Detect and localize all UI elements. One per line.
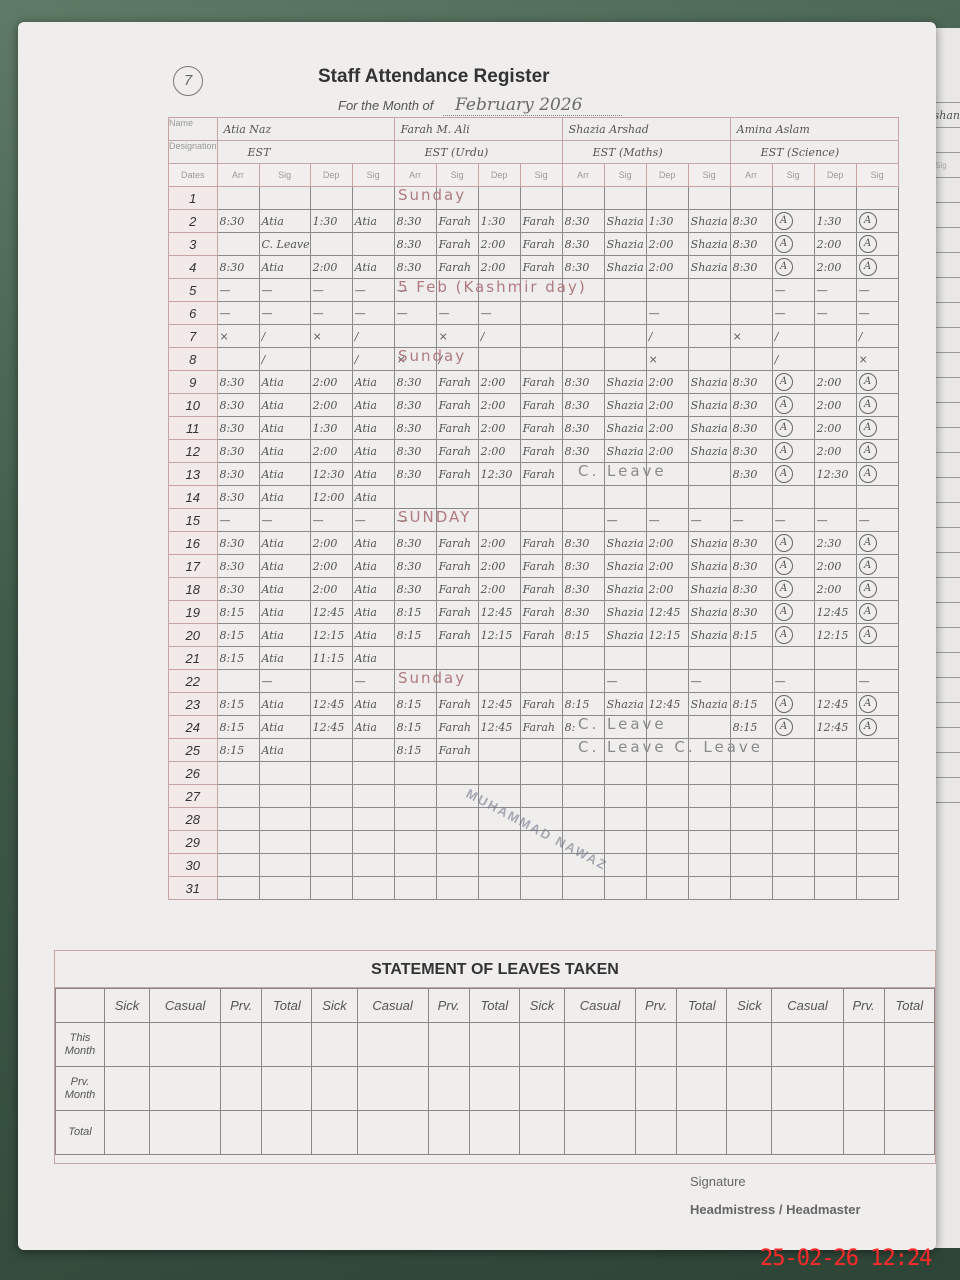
attendance-cell[interactable]: 2:00	[478, 417, 520, 440]
attendance-cell[interactable]: Shazia	[688, 555, 730, 578]
attendance-cell[interactable]: 2:00	[478, 440, 520, 463]
attendance-cell[interactable]: 8:30	[562, 555, 604, 578]
attendance-cell[interactable]: 8:30	[562, 371, 604, 394]
attendance-cell[interactable]	[856, 762, 898, 785]
attendance-cell[interactable]: 2:00	[814, 555, 856, 578]
attendance-cell[interactable]	[688, 279, 730, 302]
attendance-cell[interactable]: A	[856, 417, 898, 440]
attendance-cell[interactable]: —	[646, 302, 688, 325]
leaves-cell[interactable]	[884, 1023, 934, 1067]
attendance-cell[interactable]: Farah	[520, 578, 562, 601]
attendance-cell[interactable]	[520, 325, 562, 348]
attendance-cell[interactable]: A	[856, 555, 898, 578]
attendance-cell[interactable]: —	[436, 302, 478, 325]
attendance-cell[interactable]: Shazia	[604, 693, 646, 716]
attendance-cell[interactable]: Shazia	[688, 532, 730, 555]
attendance-cell[interactable]	[688, 302, 730, 325]
attendance-cell[interactable]	[394, 762, 436, 785]
attendance-cell[interactable]	[814, 762, 856, 785]
leaves-cell[interactable]	[565, 1067, 636, 1111]
attendance-cell[interactable]	[394, 325, 436, 348]
attendance-cell[interactable]	[352, 808, 394, 831]
attendance-cell[interactable]	[730, 647, 772, 670]
attendance-cell[interactable]: Farah	[520, 417, 562, 440]
attendance-cell[interactable]	[520, 762, 562, 785]
attendance-cell[interactable]	[814, 739, 856, 762]
attendance-cell[interactable]	[520, 877, 562, 900]
attendance-cell[interactable]: 8:30	[562, 256, 604, 279]
attendance-cell[interactable]	[814, 785, 856, 808]
attendance-cell[interactable]	[217, 762, 259, 785]
attendance-cell[interactable]	[814, 348, 856, 371]
attendance-cell[interactable]	[394, 486, 436, 509]
attendance-cell[interactable]: A	[856, 210, 898, 233]
attendance-cell[interactable]: 8:30	[217, 394, 259, 417]
attendance-cell[interactable]: 2:00	[310, 532, 352, 555]
attendance-cell[interactable]: 8:30	[562, 601, 604, 624]
attendance-cell[interactable]	[352, 831, 394, 854]
attendance-cell[interactable]	[814, 486, 856, 509]
attendance-cell[interactable]: 8:30	[562, 440, 604, 463]
attendance-cell[interactable]	[688, 463, 730, 486]
attendance-cell[interactable]: —	[352, 279, 394, 302]
attendance-cell[interactable]	[217, 670, 259, 693]
attendance-cell[interactable]: 2:00	[814, 233, 856, 256]
attendance-cell[interactable]: Farah	[520, 463, 562, 486]
attendance-cell[interactable]: Atia	[259, 693, 310, 716]
attendance-cell[interactable]	[436, 877, 478, 900]
attendance-cell[interactable]	[562, 877, 604, 900]
attendance-cell[interactable]	[730, 877, 772, 900]
attendance-cell[interactable]: 12:15	[478, 624, 520, 647]
attendance-cell[interactable]	[730, 670, 772, 693]
attendance-cell[interactable]	[730, 348, 772, 371]
attendance-cell[interactable]: 8:15	[394, 693, 436, 716]
attendance-cell[interactable]	[310, 785, 352, 808]
attendance-cell[interactable]: Shazia	[688, 440, 730, 463]
leaves-cell[interactable]	[677, 1067, 727, 1111]
attendance-cell[interactable]	[310, 877, 352, 900]
attendance-cell[interactable]: Farah	[436, 440, 478, 463]
attendance-cell[interactable]	[217, 187, 259, 210]
attendance-cell[interactable]	[814, 670, 856, 693]
attendance-cell[interactable]: 2:00	[646, 532, 688, 555]
leaves-cell[interactable]	[150, 1067, 221, 1111]
attendance-cell[interactable]	[562, 325, 604, 348]
attendance-cell[interactable]: —	[646, 509, 688, 532]
attendance-cell[interactable]: Farah	[436, 624, 478, 647]
attendance-cell[interactable]: —	[310, 279, 352, 302]
attendance-cell[interactable]: A	[772, 440, 814, 463]
attendance-cell[interactable]	[814, 877, 856, 900]
attendance-cell[interactable]	[562, 302, 604, 325]
leaves-cell[interactable]	[843, 1023, 884, 1067]
attendance-cell[interactable]	[520, 854, 562, 877]
attendance-cell[interactable]: 8:30	[217, 555, 259, 578]
attendance-cell[interactable]: A	[856, 601, 898, 624]
attendance-cell[interactable]	[814, 647, 856, 670]
attendance-cell[interactable]	[259, 762, 310, 785]
attendance-cell[interactable]	[646, 831, 688, 854]
attendance-cell[interactable]	[562, 670, 604, 693]
attendance-cell[interactable]: 8:30	[730, 210, 772, 233]
attendance-cell[interactable]: 12:45	[478, 716, 520, 739]
attendance-cell[interactable]	[814, 187, 856, 210]
attendance-cell[interactable]: Atia	[352, 210, 394, 233]
attendance-cell[interactable]: Atia	[352, 371, 394, 394]
attendance-cell[interactable]: 1:30	[478, 210, 520, 233]
attendance-cell[interactable]: A	[856, 233, 898, 256]
attendance-cell[interactable]	[217, 348, 259, 371]
attendance-cell[interactable]	[217, 233, 259, 256]
attendance-cell[interactable]: A	[772, 417, 814, 440]
attendance-cell[interactable]: Atia	[259, 601, 310, 624]
attendance-cell[interactable]: Atia	[259, 371, 310, 394]
attendance-cell[interactable]: C. Leave	[259, 233, 310, 256]
attendance-cell[interactable]	[688, 348, 730, 371]
attendance-cell[interactable]: Atia	[259, 716, 310, 739]
attendance-cell[interactable]: —	[730, 509, 772, 532]
attendance-cell[interactable]	[604, 831, 646, 854]
attendance-cell[interactable]	[856, 486, 898, 509]
attendance-cell[interactable]: —	[259, 302, 310, 325]
attendance-cell[interactable]	[646, 486, 688, 509]
attendance-cell[interactable]	[604, 187, 646, 210]
attendance-cell[interactable]: 8:30	[562, 394, 604, 417]
attendance-cell[interactable]	[352, 854, 394, 877]
attendance-cell[interactable]	[217, 808, 259, 831]
attendance-cell[interactable]: —	[604, 670, 646, 693]
attendance-cell[interactable]	[688, 831, 730, 854]
attendance-cell[interactable]: 2:00	[478, 233, 520, 256]
attendance-cell[interactable]: 2:00	[646, 417, 688, 440]
leaves-cell[interactable]	[262, 1111, 312, 1155]
attendance-cell[interactable]: 2:00	[478, 371, 520, 394]
attendance-cell[interactable]: 2:30	[814, 532, 856, 555]
leaves-cell[interactable]	[727, 1067, 772, 1111]
attendance-cell[interactable]	[436, 831, 478, 854]
attendance-cell[interactable]	[562, 348, 604, 371]
leaves-cell[interactable]	[636, 1023, 677, 1067]
leaves-cell[interactable]	[469, 1067, 519, 1111]
leaves-cell[interactable]	[150, 1023, 221, 1067]
attendance-cell[interactable]	[688, 785, 730, 808]
attendance-cell[interactable]: 1:30	[310, 417, 352, 440]
attendance-cell[interactable]	[478, 647, 520, 670]
attendance-cell[interactable]: 8:30	[217, 578, 259, 601]
attendance-cell[interactable]: 8:30	[217, 463, 259, 486]
attendance-cell[interactable]: Farah	[436, 578, 478, 601]
attendance-cell[interactable]: Atia	[259, 486, 310, 509]
attendance-cell[interactable]: 2:00	[310, 256, 352, 279]
attendance-cell[interactable]	[394, 831, 436, 854]
attendance-cell[interactable]	[259, 785, 310, 808]
attendance-cell[interactable]: 8:15	[394, 716, 436, 739]
attendance-cell[interactable]: 2:00	[310, 555, 352, 578]
attendance-cell[interactable]: 12:15	[814, 624, 856, 647]
attendance-cell[interactable]	[478, 670, 520, 693]
attendance-cell[interactable]: Farah	[520, 394, 562, 417]
attendance-cell[interactable]: —	[259, 509, 310, 532]
attendance-cell[interactable]: Farah	[520, 256, 562, 279]
attendance-cell[interactable]	[814, 808, 856, 831]
attendance-cell[interactable]	[688, 486, 730, 509]
attendance-cell[interactable]: 8:15	[730, 624, 772, 647]
attendance-cell[interactable]: 8:30	[730, 440, 772, 463]
attendance-cell[interactable]	[730, 785, 772, 808]
attendance-cell[interactable]	[604, 854, 646, 877]
attendance-cell[interactable]	[310, 187, 352, 210]
attendance-cell[interactable]	[436, 808, 478, 831]
attendance-cell[interactable]: 2:00	[646, 256, 688, 279]
leaves-cell[interactable]	[772, 1111, 843, 1155]
attendance-cell[interactable]: Atia	[352, 256, 394, 279]
attendance-cell[interactable]: 8:30	[562, 210, 604, 233]
attendance-cell[interactable]: 8:30	[394, 440, 436, 463]
attendance-cell[interactable]: —	[259, 670, 310, 693]
attendance-cell[interactable]: A	[772, 463, 814, 486]
attendance-cell[interactable]: 8:30	[562, 532, 604, 555]
attendance-cell[interactable]	[259, 831, 310, 854]
attendance-cell[interactable]	[436, 854, 478, 877]
attendance-cell[interactable]: 8:15	[730, 716, 772, 739]
attendance-cell[interactable]	[604, 877, 646, 900]
attendance-cell[interactable]: —	[814, 279, 856, 302]
attendance-cell[interactable]: —	[352, 670, 394, 693]
attendance-cell[interactable]: Farah	[436, 210, 478, 233]
attendance-cell[interactable]	[394, 854, 436, 877]
leaves-cell[interactable]	[262, 1067, 312, 1111]
attendance-cell[interactable]: 8:30	[730, 578, 772, 601]
attendance-cell[interactable]	[217, 877, 259, 900]
attendance-cell[interactable]: 8:15	[217, 716, 259, 739]
attendance-cell[interactable]: 2:00	[646, 233, 688, 256]
attendance-cell[interactable]: ×	[310, 325, 352, 348]
attendance-cell[interactable]: 8:30	[730, 371, 772, 394]
attendance-cell[interactable]: 12:15	[646, 624, 688, 647]
attendance-cell[interactable]: —	[688, 509, 730, 532]
attendance-cell[interactable]	[856, 739, 898, 762]
attendance-cell[interactable]: A	[856, 532, 898, 555]
attendance-cell[interactable]: 8:30	[394, 532, 436, 555]
attendance-cell[interactable]: Atia	[259, 210, 310, 233]
leaves-cell[interactable]	[357, 1111, 428, 1155]
attendance-cell[interactable]: /	[259, 348, 310, 371]
attendance-cell[interactable]: 8:30	[730, 394, 772, 417]
attendance-cell[interactable]: Farah	[436, 739, 478, 762]
attendance-cell[interactable]	[730, 279, 772, 302]
attendance-cell[interactable]	[217, 831, 259, 854]
attendance-cell[interactable]	[688, 762, 730, 785]
attendance-cell[interactable]: Farah	[520, 601, 562, 624]
attendance-cell[interactable]: —	[394, 302, 436, 325]
attendance-cell[interactable]: Shazia	[688, 417, 730, 440]
attendance-cell[interactable]: 12:45	[310, 601, 352, 624]
attendance-cell[interactable]: 2:00	[646, 578, 688, 601]
attendance-cell[interactable]	[394, 877, 436, 900]
attendance-cell[interactable]	[352, 877, 394, 900]
attendance-cell[interactable]: —	[856, 302, 898, 325]
attendance-cell[interactable]: 12:30	[310, 463, 352, 486]
attendance-cell[interactable]: 2:00	[478, 256, 520, 279]
leaves-cell[interactable]	[677, 1023, 727, 1067]
attendance-cell[interactable]: —	[772, 670, 814, 693]
attendance-cell[interactable]: 2:00	[310, 578, 352, 601]
attendance-cell[interactable]	[352, 739, 394, 762]
attendance-cell[interactable]: —	[814, 509, 856, 532]
attendance-cell[interactable]	[478, 187, 520, 210]
attendance-cell[interactable]: 8:30	[217, 532, 259, 555]
attendance-cell[interactable]: A	[772, 716, 814, 739]
attendance-cell[interactable]: —	[688, 670, 730, 693]
attendance-cell[interactable]: Farah	[520, 233, 562, 256]
attendance-cell[interactable]: 8:30	[394, 394, 436, 417]
attendance-cell[interactable]: Shazia	[604, 578, 646, 601]
attendance-cell[interactable]: Farah	[436, 256, 478, 279]
attendance-cell[interactable]: —	[604, 509, 646, 532]
attendance-cell[interactable]: 8:15	[730, 693, 772, 716]
attendance-cell[interactable]	[520, 739, 562, 762]
leaves-cell[interactable]	[843, 1111, 884, 1155]
attendance-cell[interactable]: 12:30	[814, 463, 856, 486]
attendance-cell[interactable]: 8:30	[394, 463, 436, 486]
attendance-cell[interactable]	[646, 279, 688, 302]
attendance-cell[interactable]: Shazia	[604, 256, 646, 279]
attendance-cell[interactable]: Farah	[436, 463, 478, 486]
attendance-cell[interactable]: 12:45	[310, 716, 352, 739]
attendance-cell[interactable]: /	[772, 325, 814, 348]
attendance-cell[interactable]: /	[856, 325, 898, 348]
attendance-cell[interactable]: Atia	[352, 716, 394, 739]
attendance-cell[interactable]: A	[856, 440, 898, 463]
attendance-cell[interactable]: A	[856, 624, 898, 647]
leaves-cell[interactable]	[565, 1023, 636, 1067]
attendance-cell[interactable]	[436, 647, 478, 670]
attendance-cell[interactable]	[520, 302, 562, 325]
attendance-cell[interactable]	[772, 187, 814, 210]
leaves-cell[interactable]	[677, 1111, 727, 1155]
attendance-cell[interactable]	[310, 670, 352, 693]
attendance-cell[interactable]: —	[217, 509, 259, 532]
attendance-cell[interactable]	[604, 325, 646, 348]
attendance-cell[interactable]: 12:45	[814, 716, 856, 739]
attendance-cell[interactable]: 8:15	[394, 739, 436, 762]
leaves-cell[interactable]	[519, 1023, 564, 1067]
attendance-cell[interactable]: Atia	[352, 394, 394, 417]
attendance-cell[interactable]: 8:30	[562, 233, 604, 256]
attendance-cell[interactable]: A	[772, 578, 814, 601]
attendance-cell[interactable]: Farah	[436, 417, 478, 440]
attendance-cell[interactable]: —	[814, 302, 856, 325]
attendance-cell[interactable]: A	[856, 578, 898, 601]
attendance-cell[interactable]	[646, 647, 688, 670]
attendance-cell[interactable]: Atia	[352, 555, 394, 578]
attendance-cell[interactable]: Atia	[259, 555, 310, 578]
attendance-cell[interactable]: 8:15	[217, 739, 259, 762]
attendance-cell[interactable]: A	[856, 716, 898, 739]
attendance-cell[interactable]	[436, 486, 478, 509]
leaves-cell[interactable]	[105, 1023, 150, 1067]
attendance-cell[interactable]: Farah	[436, 394, 478, 417]
leaves-cell[interactable]	[727, 1111, 772, 1155]
attendance-cell[interactable]	[217, 854, 259, 877]
attendance-cell[interactable]: 11:15	[310, 647, 352, 670]
attendance-cell[interactable]: Shazia	[688, 371, 730, 394]
attendance-cell[interactable]	[562, 647, 604, 670]
attendance-cell[interactable]: 12:45	[478, 693, 520, 716]
attendance-cell[interactable]: /	[646, 325, 688, 348]
attendance-cell[interactable]	[394, 785, 436, 808]
attendance-cell[interactable]	[646, 854, 688, 877]
attendance-cell[interactable]	[310, 854, 352, 877]
attendance-cell[interactable]: ×	[646, 348, 688, 371]
attendance-cell[interactable]	[814, 325, 856, 348]
attendance-cell[interactable]	[352, 233, 394, 256]
attendance-cell[interactable]: 8:30	[730, 463, 772, 486]
attendance-cell[interactable]: Farah	[520, 624, 562, 647]
attendance-cell[interactable]	[562, 808, 604, 831]
attendance-cell[interactable]	[856, 785, 898, 808]
attendance-cell[interactable]: —	[478, 302, 520, 325]
attendance-cell[interactable]: 12:00	[310, 486, 352, 509]
attendance-cell[interactable]: —	[352, 302, 394, 325]
attendance-cell[interactable]: Farah	[436, 233, 478, 256]
leaves-cell[interactable]	[636, 1111, 677, 1155]
attendance-cell[interactable]	[604, 279, 646, 302]
attendance-cell[interactable]: Atia	[259, 417, 310, 440]
leaves-cell[interactable]	[772, 1067, 843, 1111]
attendance-cell[interactable]	[730, 187, 772, 210]
attendance-cell[interactable]: A	[772, 601, 814, 624]
leaves-cell[interactable]	[357, 1067, 428, 1111]
attendance-cell[interactable]: 1:30	[646, 210, 688, 233]
attendance-cell[interactable]	[772, 486, 814, 509]
attendance-cell[interactable]: Farah	[520, 440, 562, 463]
attendance-cell[interactable]: —	[259, 279, 310, 302]
attendance-cell[interactable]: 2:00	[814, 578, 856, 601]
attendance-cell[interactable]: 8:15	[394, 624, 436, 647]
attendance-cell[interactable]: Atia	[259, 647, 310, 670]
attendance-cell[interactable]: 8:30	[394, 256, 436, 279]
attendance-cell[interactable]	[772, 808, 814, 831]
attendance-cell[interactable]: Atia	[259, 739, 310, 762]
attendance-cell[interactable]	[604, 785, 646, 808]
attendance-cell[interactable]: ×	[217, 325, 259, 348]
attendance-cell[interactable]: A	[856, 371, 898, 394]
attendance-cell[interactable]: 8:30	[394, 578, 436, 601]
attendance-cell[interactable]: —	[217, 302, 259, 325]
attendance-cell[interactable]: Farah	[436, 532, 478, 555]
attendance-cell[interactable]	[856, 808, 898, 831]
attendance-cell[interactable]	[520, 647, 562, 670]
leaves-cell[interactable]	[843, 1067, 884, 1111]
attendance-cell[interactable]	[259, 877, 310, 900]
attendance-cell[interactable]: Shazia	[688, 601, 730, 624]
leaves-cell[interactable]	[519, 1111, 564, 1155]
attendance-cell[interactable]	[856, 877, 898, 900]
attendance-cell[interactable]: Farah	[436, 693, 478, 716]
attendance-cell[interactable]	[604, 486, 646, 509]
attendance-cell[interactable]: Shazia	[604, 233, 646, 256]
attendance-cell[interactable]: —	[772, 302, 814, 325]
attendance-cell[interactable]: 1:30	[310, 210, 352, 233]
attendance-cell[interactable]	[478, 762, 520, 785]
leaves-cell[interactable]	[884, 1111, 934, 1155]
attendance-cell[interactable]: 2:00	[478, 394, 520, 417]
attendance-cell[interactable]: Atia	[352, 486, 394, 509]
attendance-cell[interactable]	[520, 187, 562, 210]
attendance-cell[interactable]: Atia	[352, 693, 394, 716]
